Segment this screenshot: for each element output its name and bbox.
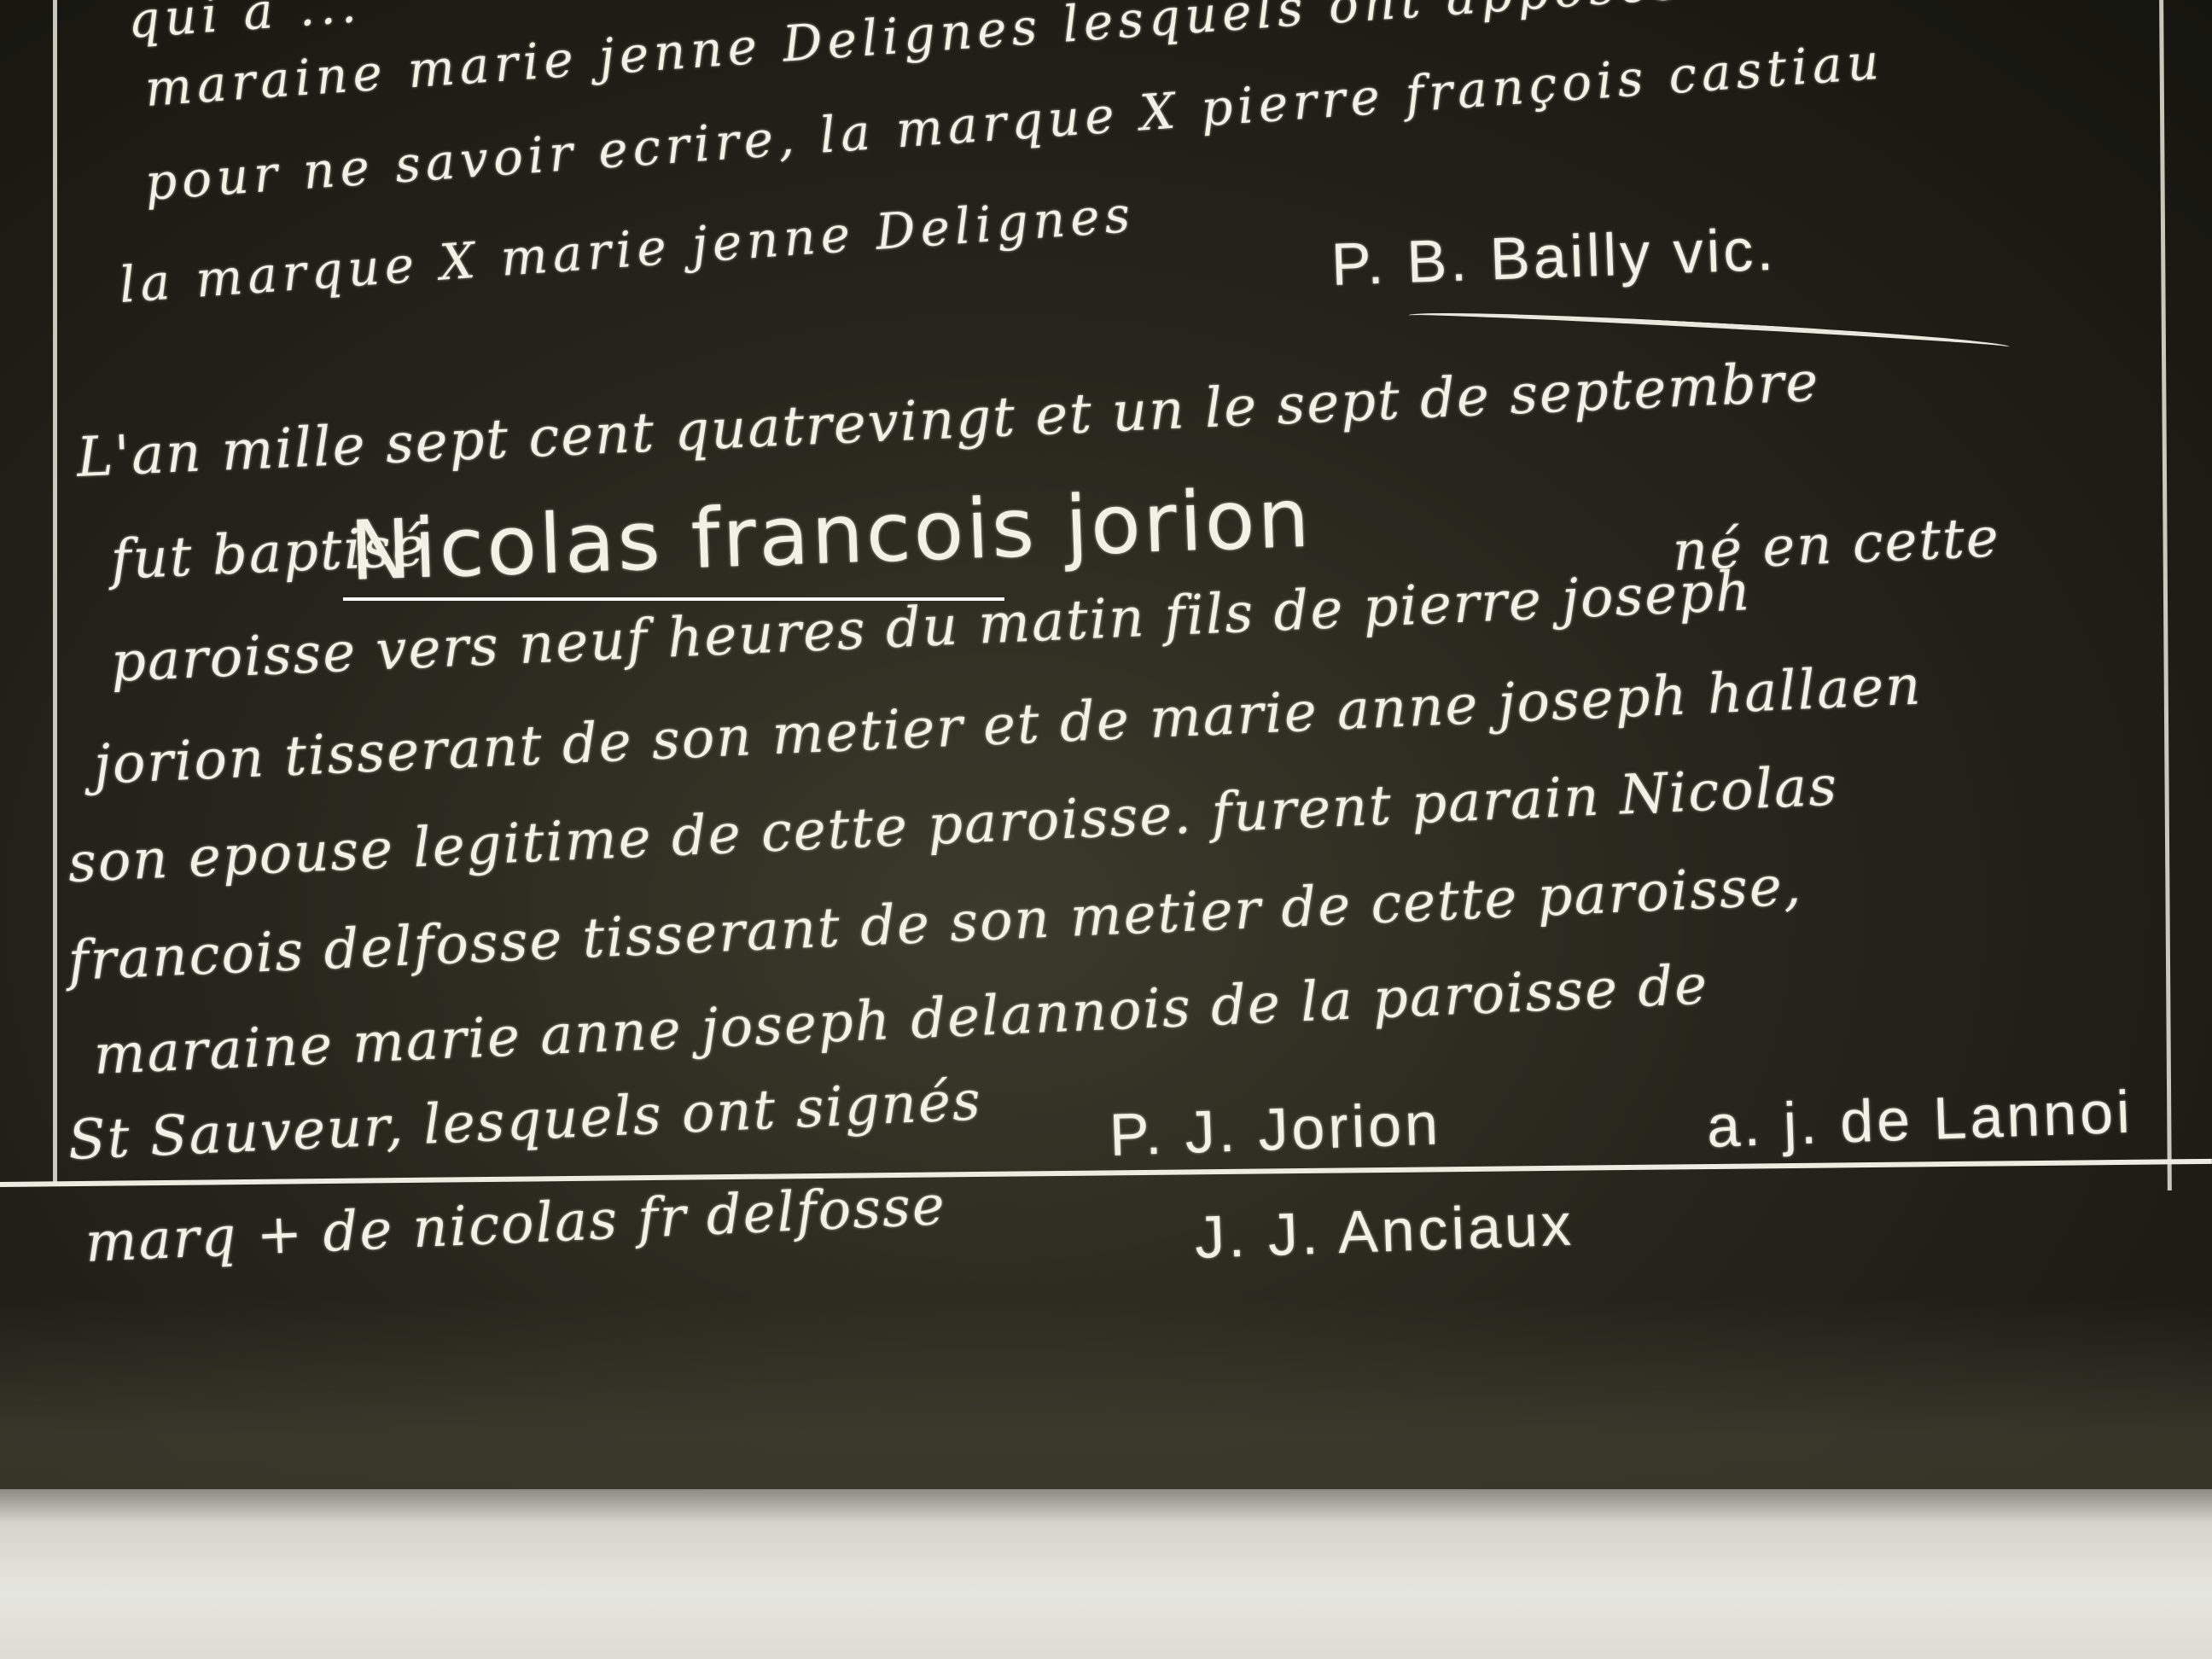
register-border-left	[53, 0, 57, 1186]
prev-entry-line: qui a ...	[126, 0, 364, 49]
prev-entry-line: la marque X marie jenne Delignes	[118, 185, 1138, 314]
entry-line: L'an mille sept cent quatrevingt et un l…	[75, 351, 1820, 490]
film-edge-strip	[0, 1489, 2212, 1659]
register-border-right	[2159, 0, 2172, 1190]
register-border-bottom	[0, 1159, 2212, 1187]
witness-signature: J. J. Anciaux	[1194, 1190, 1575, 1271]
signature-flourish	[1408, 307, 2010, 356]
father-signature: P. J. Jorion	[1109, 1089, 1443, 1169]
entry-line: St Sauveur, lesquels ont signés	[67, 1069, 983, 1173]
film-stain	[0, 1297, 2212, 1493]
document-photo: qui a ... maraine marie jenne Delignes l…	[0, 0, 2212, 1659]
priest-signature: P. B. Bailly vic.	[1330, 215, 1778, 299]
godfather-mark: marq + de nicolas fr delfosse	[84, 1174, 947, 1275]
godmother-signature: a. j. de Lannoi	[1706, 1078, 2134, 1161]
child-name: Nicolas francois jorion	[348, 470, 1313, 599]
